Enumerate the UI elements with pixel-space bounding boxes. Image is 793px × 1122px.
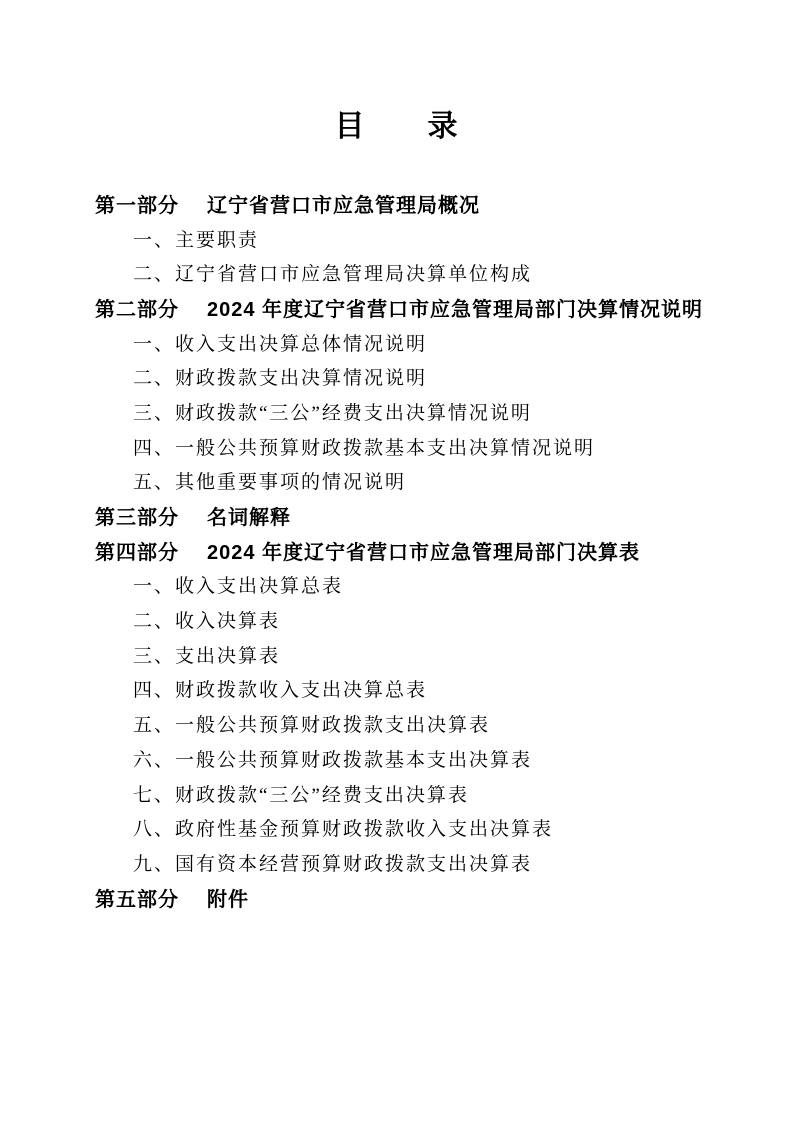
toc-section-heading: 第三部分 名词解释 [95,498,743,533]
toc-section-number: 第二部分 [95,293,179,322]
toc-section-title: 名词解释 [207,501,291,530]
toc-section-title: 2024 年度辽宁省营口市应急管理局部门决算表 [207,536,640,565]
toc-item: 三、财政拨款“三公”经费支出决算情况说明 [95,394,743,429]
toc-item: 一、收入支出决算总体情况说明 [95,325,743,360]
toc-section-title: 2024 年度辽宁省营口市应急管理局部门决算情况说明 [207,293,703,322]
toc-item: 二、辽宁省营口市应急管理局决算单位构成 [95,255,743,290]
toc-section-title: 辽宁省营口市应急管理局概况 [207,189,480,218]
toc-section-heading: 第四部分 2024 年度辽宁省营口市应急管理局部门决算表 [95,533,743,568]
toc-item: 二、财政拨款支出决算情况说明 [95,359,743,394]
toc-item: 九、国有资本经营预算财政拨款支出决算表 [95,845,743,880]
toc-item: 六、一般公共预算财政拨款基本支出决算表 [95,741,743,776]
toc-section-title: 附件 [207,883,249,912]
toc-section-heading: 第五部分 附件 [95,880,743,915]
toc-item: 七、财政拨款“三公”经费支出决算表 [95,776,743,811]
table-of-contents: 第一部分 辽宁省营口市应急管理局概况 一、主要职责 二、辽宁省营口市应急管理局决… [95,186,743,914]
toc-section-heading: 第二部分 2024 年度辽宁省营口市应急管理局部门决算情况说明 [95,290,743,325]
toc-item: 五、一般公共预算财政拨款支出决算表 [95,706,743,741]
toc-section-heading: 第一部分 辽宁省营口市应急管理局概况 [95,186,743,221]
toc-item: 三、支出决算表 [95,637,743,672]
toc-item: 八、政府性基金预算财政拨款收入支出决算表 [95,810,743,845]
toc-section-number: 第四部分 [95,536,179,565]
toc-item: 二、收入决算表 [95,602,743,637]
toc-item: 一、主要职责 [95,221,743,256]
toc-section-number: 第三部分 [95,501,179,530]
toc-item: 四、财政拨款收入支出决算总表 [95,672,743,707]
toc-item: 五、其他重要事项的情况说明 [95,464,743,499]
toc-item: 一、收入支出决算总表 [95,568,743,603]
toc-section-number: 第一部分 [95,189,179,218]
document-page: 目 录 第一部分 辽宁省营口市应急管理局概况 一、主要职责 二、辽宁省营口市应急… [0,0,793,1122]
toc-section-number: 第五部分 [95,883,179,912]
page-title: 目 录 [0,107,793,147]
toc-item: 四、一般公共预算财政拨款基本支出决算情况说明 [95,429,743,464]
